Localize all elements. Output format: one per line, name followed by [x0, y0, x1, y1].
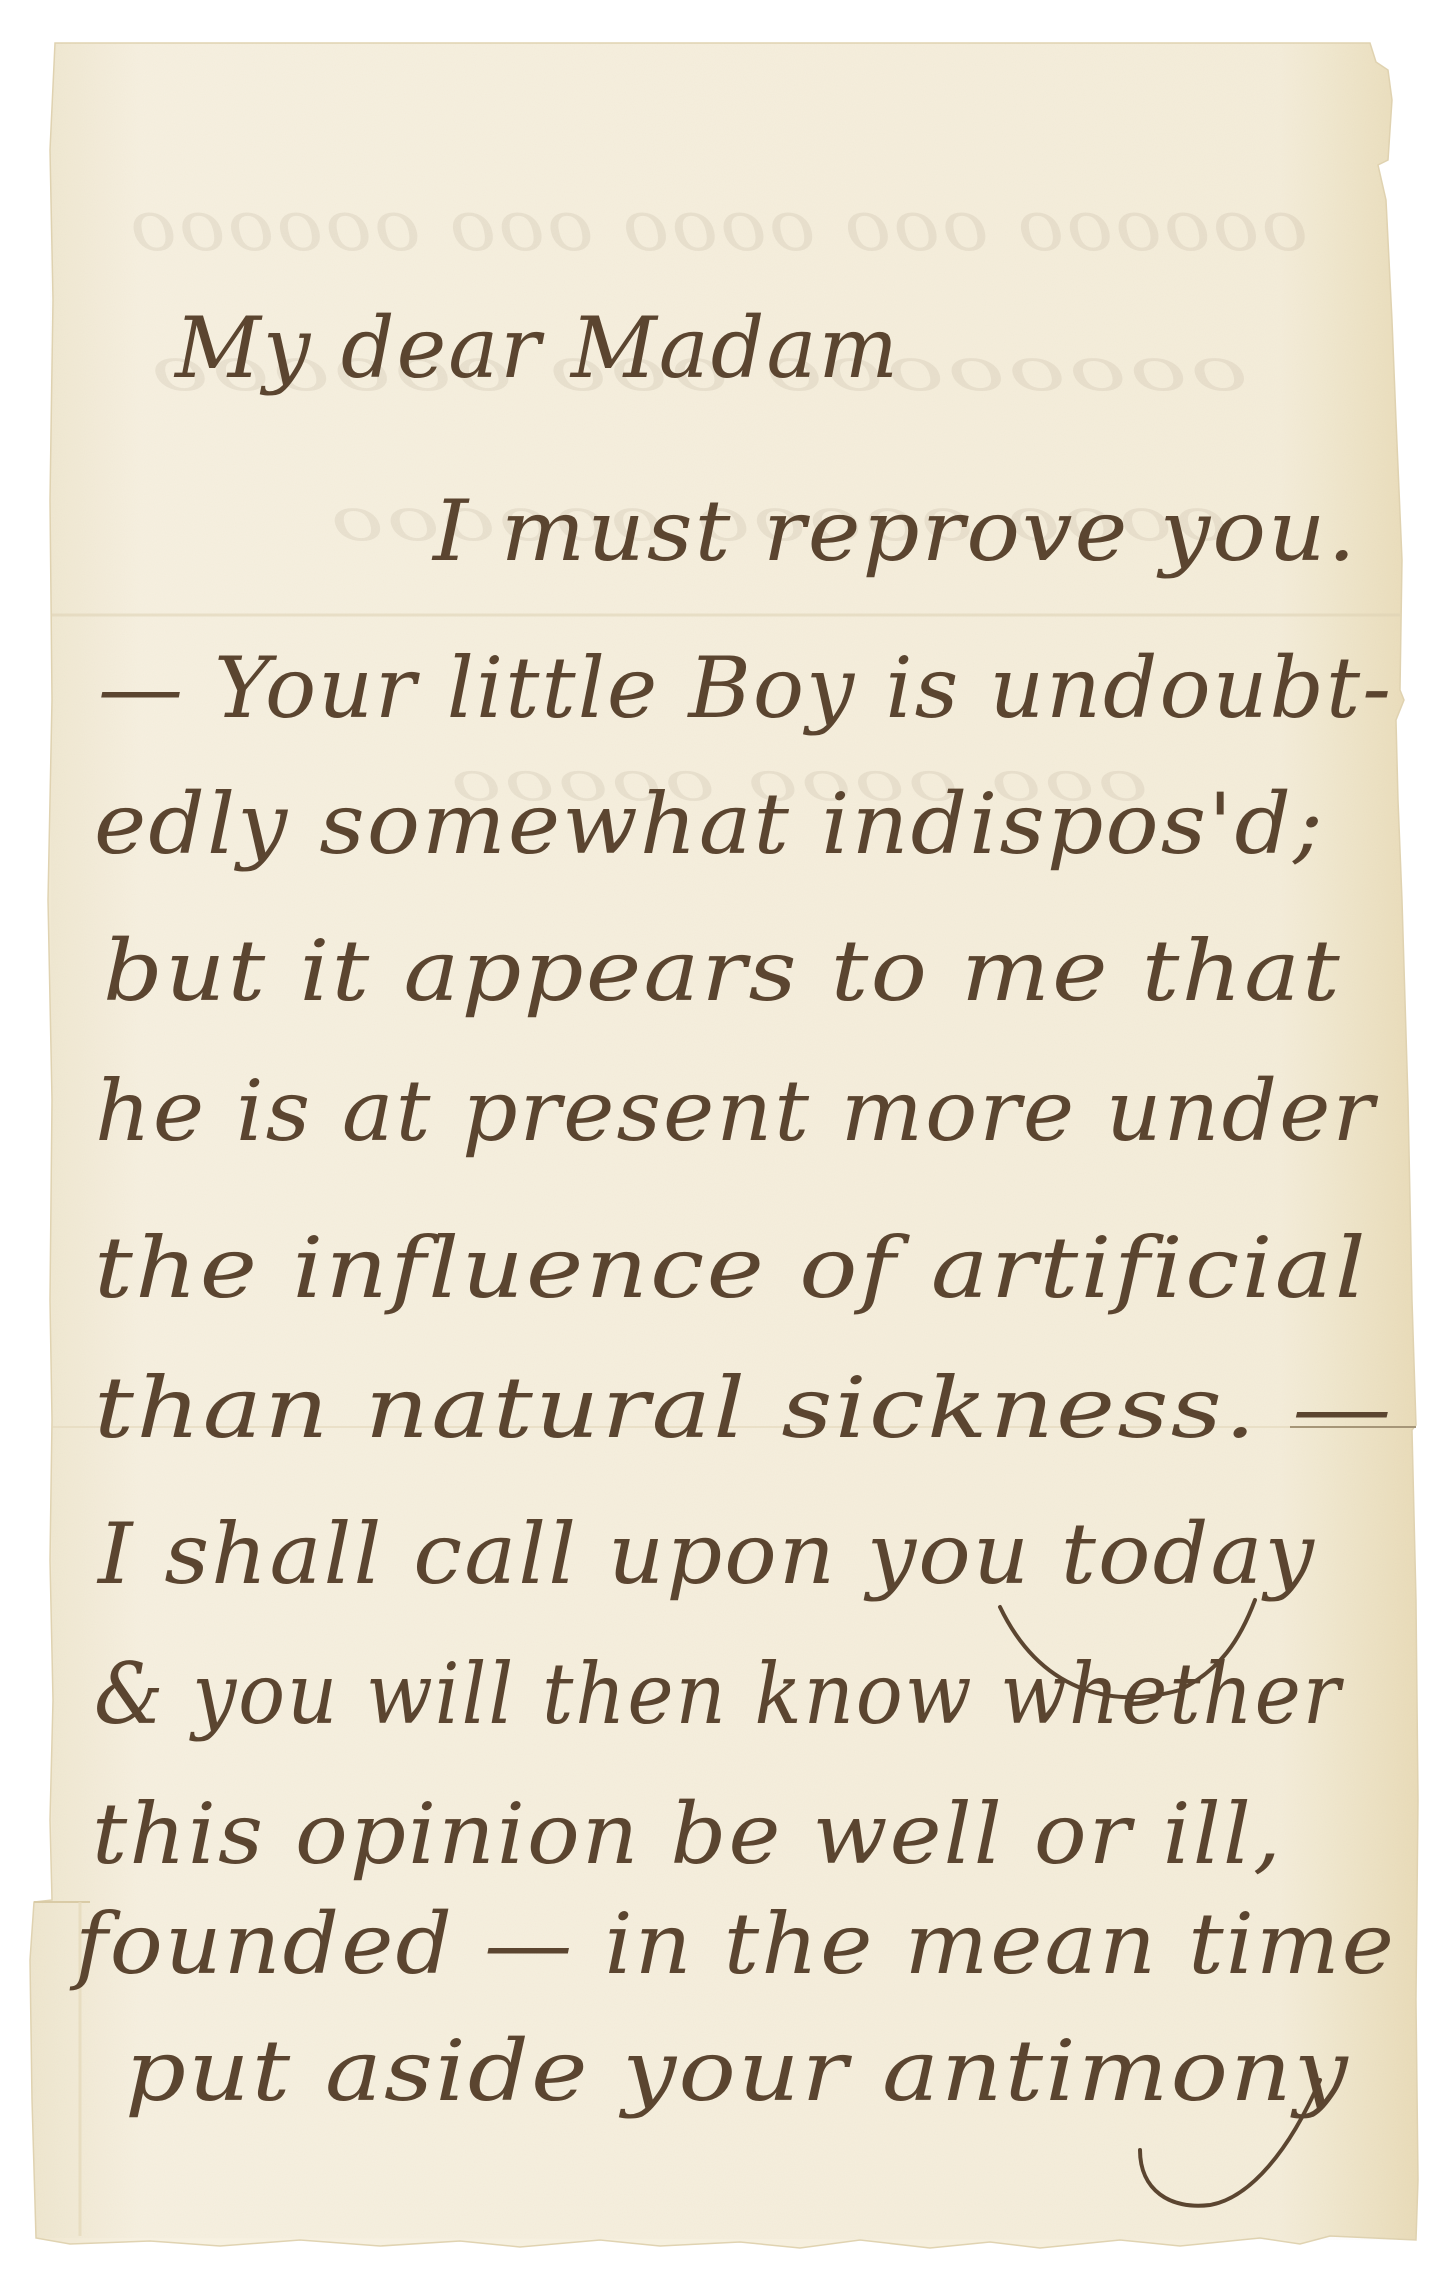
letter-page: oooooo ooo oooo ooo oooooo oooooooo ooo …	[0, 0, 1448, 2273]
letter-line: edly somewhat indispos'd;	[94, 775, 1325, 873]
letter-line: I must reprove you.	[431, 482, 1358, 580]
letter-line: I shall call upon you today	[96, 1505, 1316, 1603]
letter-line: the influence of artificial	[94, 1219, 1368, 1317]
svg-text:oooooo ooo oooo ooo oooooo: oooooo ooo oooo ooo oooooo	[128, 185, 1308, 267]
salutation: My dear Madam	[173, 299, 900, 397]
letter-line: he is at present more under	[95, 1062, 1379, 1160]
letter-line: than natural sickness. —	[94, 1359, 1394, 1457]
letter-scan: oooooo ooo oooo ooo oooooo oooooooo ooo …	[0, 0, 1448, 2273]
letter-line: put aside your antimony	[125, 2022, 1350, 2120]
letter-line: founded — in the mean time	[69, 1895, 1396, 1993]
letter-line: but it appears to me that	[103, 922, 1342, 1020]
letter-line: — Your little Boy is undoubt-	[98, 639, 1393, 737]
letter-line: this opinion be well or ill,	[92, 1785, 1283, 1883]
